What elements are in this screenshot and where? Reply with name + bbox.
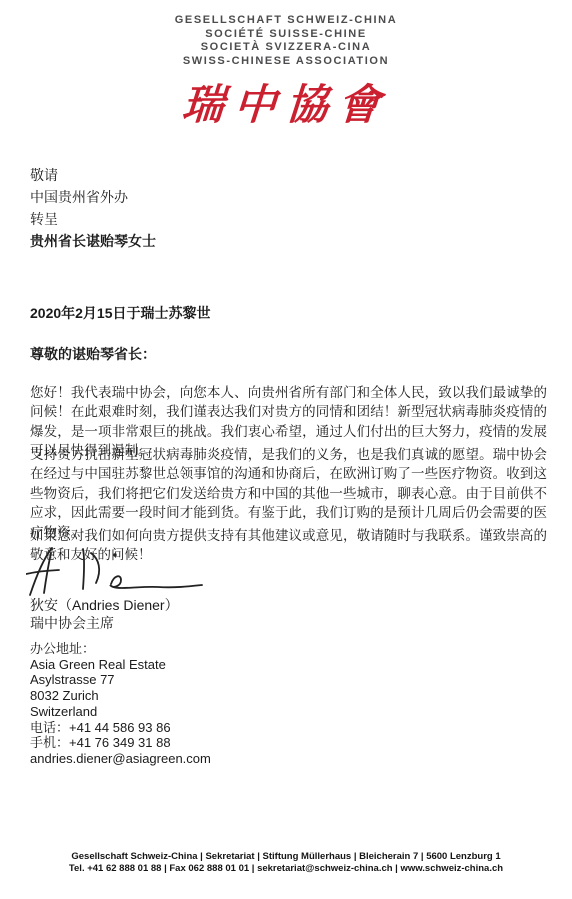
org-name-french: SOCIÉTÉ SUISSE-CHINE: [0, 28, 572, 42]
handwritten-signature: [26, 546, 206, 598]
org-name-english: SWISS-CHINESE ASSOCIATION: [0, 55, 572, 69]
org-name-italian: SOCIETÀ SVIZZERA-CINA: [0, 41, 572, 55]
office-company: Asia Green Real Estate: [30, 657, 211, 673]
signer-title: 瑞中协会主席: [30, 613, 114, 633]
letter-footer: Gesellschaft Schweiz-China | Sekretariat…: [0, 851, 572, 874]
salutation: 尊敬的谌贻琴省长：: [30, 344, 156, 364]
org-name-german: GESELLSCHAFT SCHWEIZ-CHINA: [0, 14, 572, 28]
recipient-block: 敬请 中国贵州省外办 转呈 贵州省长谌贻琴女士: [30, 164, 156, 252]
office-phone: 电话：+41 44 586 93 86: [30, 720, 211, 736]
office-street: Asylstrasse 77: [30, 672, 211, 688]
letter-page: GESELLSCHAFT SCHWEIZ-CHINA SOCIÉTÉ SUISS…: [0, 0, 572, 899]
office-address-label: 办公地址：: [30, 641, 211, 657]
recipient-line-forward: 转呈: [30, 208, 156, 230]
footer-address-line: Gesellschaft Schweiz-China | Sekretariat…: [0, 851, 572, 863]
office-address-block: 办公地址： Asia Green Real Estate Asylstrasse…: [30, 641, 211, 767]
recipient-line-governor: 贵州省长谌贻琴女士: [30, 230, 156, 252]
office-email: andries.diener@asiagreen.com: [30, 751, 211, 767]
recipient-line-office: 中国贵州省外办: [30, 186, 156, 208]
office-mobile: 手机：+41 76 349 31 88: [30, 735, 211, 751]
letterhead: GESELLSCHAFT SCHWEIZ-CHINA SOCIÉTÉ SUISS…: [0, 14, 572, 129]
date-line: 2020年2月15日于瑞士苏黎世: [30, 303, 211, 323]
footer-contact-line: Tel. +41 62 888 01 88 | Fax 062 888 01 0…: [0, 863, 572, 875]
signer-name: 狄安（Andries Diener）: [30, 595, 179, 615]
calligraphy-logo: 瑞中協會: [0, 81, 572, 129]
recipient-line-attn: 敬请: [30, 164, 156, 186]
office-country: Switzerland: [30, 704, 211, 720]
office-city: 8032 Zurich: [30, 688, 211, 704]
